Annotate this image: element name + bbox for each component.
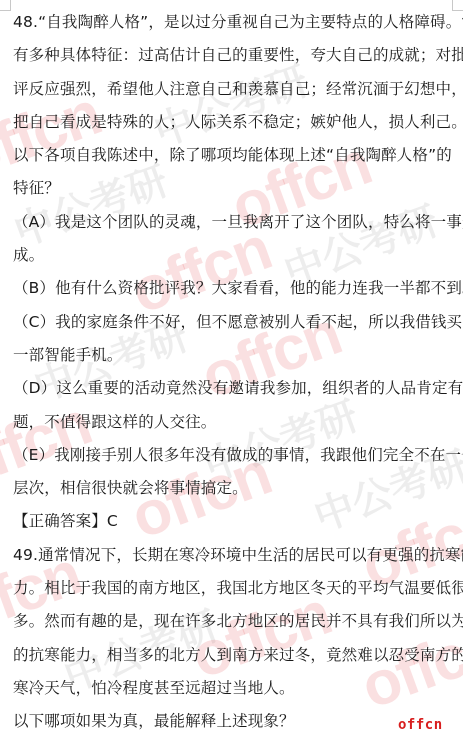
question-49-line: 寒冷天气，怕冷程度甚至远超过当地人。 <box>13 672 459 705</box>
option-c: （C）我的家庭条件不好，但不愿意被别人看不起，所以我借钱买了 <box>13 306 459 339</box>
question-48-prompt: 以下各项自我陈述中，除了哪项均能体现上述“自我陶醉人格”的 <box>13 139 459 172</box>
question-49-line: 力。相比于我国的南方地区，我国北方地区冬天的平均气温要低很 <box>13 572 459 605</box>
question-48-line: 把自己看成是特殊的人；人际关系不稳定；嫉妒他人，损人利己。 <box>13 106 459 139</box>
option-e: 层次，相信很快就会将事情搞定。 <box>13 472 459 505</box>
question-49-line: 49.通常情况下，长期在寒冷环境中生活的居民可以有更强的抗寒能 <box>13 539 459 572</box>
option-a: 成。 <box>13 239 459 272</box>
option-b: （B）他有什么资格批评我？大家看看，他的能力连我一半都不到。 <box>13 272 459 305</box>
question-48-prompt: 特征？ <box>13 172 459 205</box>
option-d: 题，不值得跟这样的人交往。 <box>13 406 459 439</box>
option-e: （E）我刚接手别人很多年没有做成的事情，我跟他们完全不在一个 <box>13 439 459 472</box>
option-c: 一部智能手机。 <box>13 339 459 372</box>
correct-answer: 【正确答案】C <box>13 505 459 538</box>
document-body: 48.“自我陶醉人格”，是以过分重视自己为主要特点的人格障碍。它 有多种具体特征… <box>13 6 459 739</box>
question-49-line: 多。然而有趣的是，现在许多北方地区的居民并不具有我们所以为 <box>13 605 459 638</box>
option-d: （D）这么重要的活动竟然没有邀请我参加，组织者的人品肯定有问 <box>13 372 459 405</box>
page-corner-mark-top-left <box>0 0 11 11</box>
option-a: （A）我是这个团队的灵魂，一旦我离开了这个团队，特么将一事无 <box>13 206 459 239</box>
question-48-line: 48.“自我陶醉人格”，是以过分重视自己为主要特点的人格障碍。它 <box>13 6 459 39</box>
offcn-logo: offcn <box>398 717 443 733</box>
question-48-line: 有多种具体特征：过高估计自己的重要性，夸大自己的成就；对批 <box>13 39 459 72</box>
question-48-line: 评反应强烈，希望他人注意自己和羡慕自己；经常沉湎于幻想中， <box>13 73 459 106</box>
question-49-line: 的抗寒能力，相当多的北方人到南方来过冬，竟然难以忍受南方的 <box>13 639 459 672</box>
question-49-prompt: 以下哪项如果为真，最能解释上述现象？ <box>13 705 459 738</box>
